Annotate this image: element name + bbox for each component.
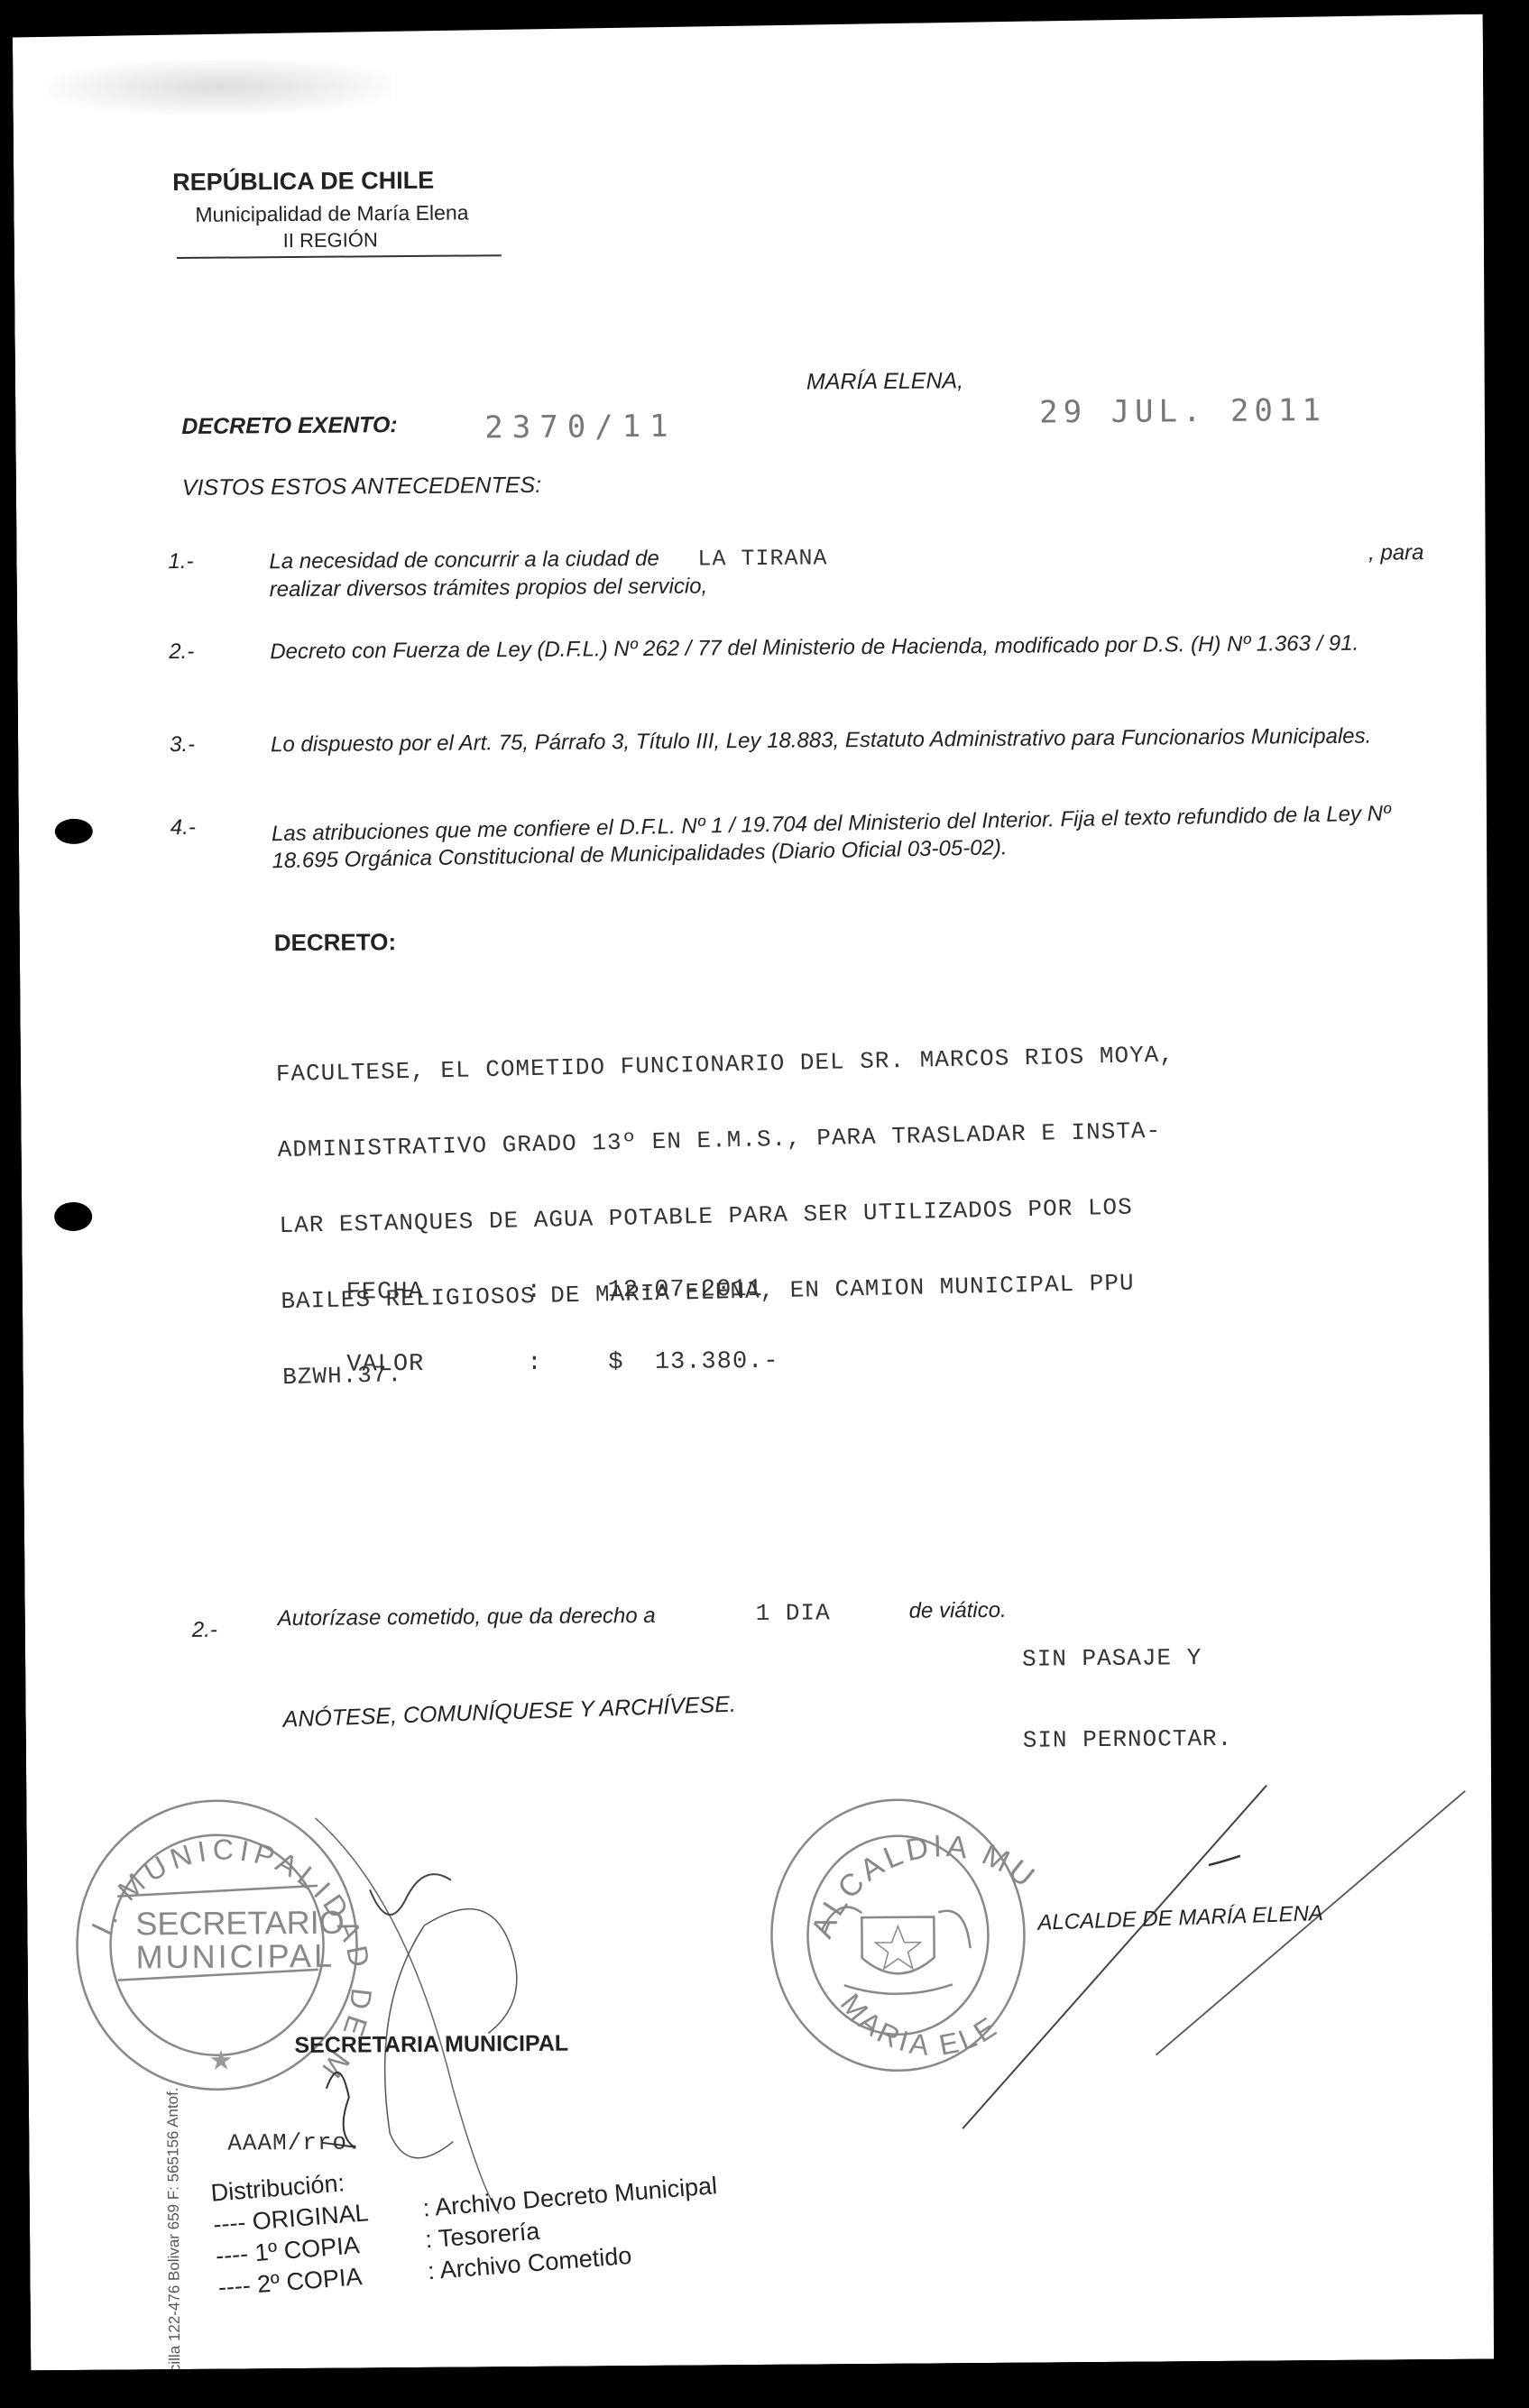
secretary-stamp-inner: MUNICIPAL [135, 1937, 335, 1976]
mayor-stamp-bottom: MARIA ELENA [13, 14, 1005, 2069]
copy-destination: : Tesorería [424, 2218, 540, 2255]
mayor-stamp-top: ALCALDIA MUNICIPAL [13, 14, 1044, 1950]
stamps-and-signatures: SECRETARIO MUNICIPAL I. MUNICIPALIDAD DE… [13, 14, 1501, 2371]
secretary-signature-label: SECRETARIA MUNICIPAL [294, 2031, 568, 2059]
typist-initials: AAAM/rro. [227, 2128, 363, 2156]
secretary-stamp-outer: I. MUNICIPALIDAD DE MARIA ELENA [13, 14, 379, 2091]
document-page: REPÚBLICA DE CHILE Municipalidad de Marí… [13, 14, 1501, 2371]
printer-imprint: Ercilla 122-476 Bolivar 659 F: 565156 An… [164, 2087, 185, 2370]
star-icon: ★ [208, 2046, 233, 2076]
